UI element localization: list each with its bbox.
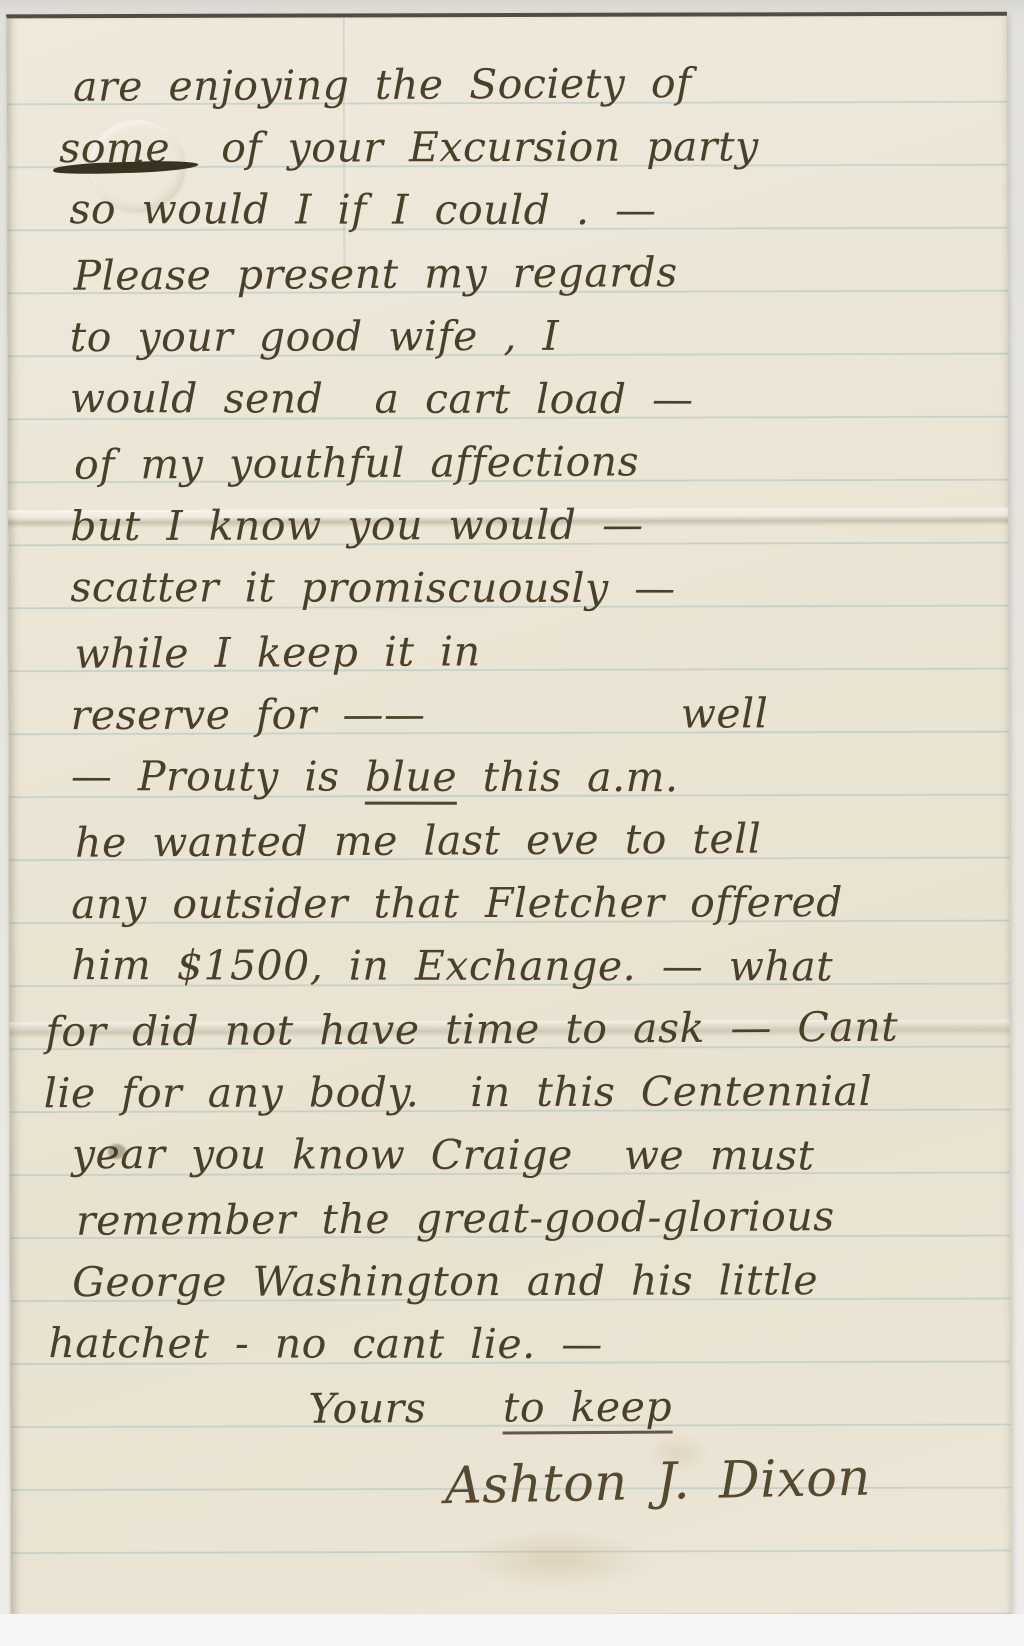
closing-segment: Yours: [308, 1384, 503, 1433]
letter-line: hatchet - no cant lie. —: [48, 1312, 1010, 1377]
letter-line: year you know Craige we must: [72, 1123, 1010, 1188]
letter-line: reserve for —— well: [71, 682, 1009, 747]
letter-line: remember the great-good-glorious: [76, 1184, 1014, 1253]
letter-line: him $1500, in Exchange. — what: [71, 934, 1009, 999]
letter-line: — Prouty is blue this a.m.: [71, 745, 1009, 810]
letter-scan: are enjoying the Society of some of your…: [0, 0, 1024, 1646]
letter-line: some of your Excursion party: [59, 115, 1007, 180]
letter-line: for did not have time to ask — Cant: [45, 995, 1013, 1064]
letter-page: are enjoying the Society of some of your…: [6, 12, 1011, 1619]
letter-line: are enjoying the Society of: [73, 50, 1011, 119]
underlined-word: blue: [365, 753, 457, 805]
scanner-background-strip: [0, 1614, 1024, 1646]
letter-line-segment: this a.m.: [457, 753, 679, 801]
closing-line: Yours to keep: [308, 1373, 1014, 1440]
signature: Ashton J. Dixon: [444, 1433, 1012, 1530]
underlined-word: some: [59, 124, 170, 172]
letter-line: would send a cart load —: [70, 367, 1008, 432]
letter-line: lie for any body. in this Centennial: [44, 1060, 1010, 1126]
letter-line: of my youthful affections: [74, 428, 1012, 497]
letter-line: scatter it promiscuously —: [70, 556, 1008, 621]
underlined-closing-words: to keep: [503, 1383, 673, 1435]
letter-line-segment: of your Excursion party: [170, 122, 759, 172]
letter-line-segment: — Prouty is: [71, 752, 365, 801]
letter-line: but I know you would —: [70, 493, 1008, 558]
letter-line: any outsider that Fletcher offered: [71, 871, 1009, 936]
letter-line: Please present my regards: [73, 239, 1011, 308]
letter-body: are enjoying the Society of some of your…: [7, 16, 1011, 1619]
letter-line: he wanted me last eve to tell: [75, 806, 1013, 875]
letter-line: so would I if I could . —: [69, 178, 1007, 243]
letter-line: George Washington and his little: [72, 1249, 1010, 1314]
letter-line: while I keep it in: [74, 617, 1012, 686]
letter-line: to your good wife , I: [70, 304, 1008, 369]
